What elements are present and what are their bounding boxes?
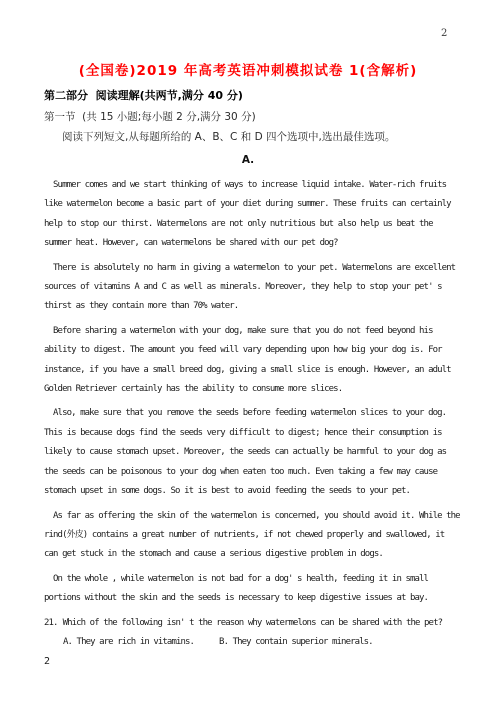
passage-line: can get stuck in the stomach and cause a… — [44, 545, 460, 564]
exam-title: (全国卷)2019 年高考英语冲刺模拟试卷 1(含解析) — [0, 0, 496, 80]
page-number-bottom: 2 — [44, 652, 496, 671]
passage-line: Also, make sure that you remove the seed… — [44, 404, 460, 423]
option-b: B. They contain superior minerals. — [219, 637, 373, 647]
passage-line: likely to cause stomach upset. Moreover,… — [44, 443, 460, 462]
passage-line: stomach upset in some dogs. So it is bes… — [44, 482, 460, 501]
passage-line: rind(外皮) contains a great number of nutr… — [44, 526, 460, 545]
passage-line: As far as offering the skin of the water… — [44, 507, 460, 526]
passage-line: ability to digest. The amount you feed w… — [44, 341, 460, 360]
passage-line: Before sharing a watermelon with your do… — [44, 322, 460, 341]
passage-line: the seeds can be poisonous to your dog w… — [44, 463, 460, 482]
passage-line: There is absolutely no harm in giving a … — [44, 259, 460, 278]
question-text: Which of the following isn' t the reason… — [63, 618, 443, 628]
question-21: 21.Which of the following isn' t the rea… — [44, 614, 460, 633]
document-page: 2 (全国卷)2019 年高考英语冲刺模拟试卷 1(含解析) 第二部分 阅读理解… — [0, 0, 496, 702]
reading-instructions: 阅读下列短文,从每题所给的 A、B、C 和 D 四个选项中,选出最佳选项。 — [62, 130, 496, 145]
passage-line: summer heat. However, can watermelons be… — [44, 234, 460, 253]
subsection-heading: 第一节 (共 15 小题;每小题 2 分,满分 30 分) — [44, 110, 496, 125]
passage-line: like watermelon become a basic part of y… — [44, 195, 460, 214]
passage-line: Golden Retriever certainly has the abili… — [44, 380, 460, 399]
question-number: 21. — [44, 618, 58, 628]
passage-paragraph: Before sharing a watermelon with your do… — [44, 322, 460, 400]
question-21-options: A. They are rich in vitamins.B. They con… — [63, 633, 496, 652]
passage-line: instance, if you have a small breed dog,… — [44, 361, 460, 380]
reading-passage: Summer comes and we start thinking of wa… — [44, 176, 460, 609]
passage-paragraph: Also, make sure that you remove the seed… — [44, 404, 460, 501]
section-heading: 第二部分 阅读理解(共两节,满分 40 分) — [44, 88, 496, 103]
passage-line: On the whole , while watermelon is not b… — [44, 570, 460, 589]
passage-paragraph: Summer comes and we start thinking of wa… — [44, 176, 460, 254]
passage-label: A. — [0, 153, 496, 167]
page-number-top: 2 — [441, 28, 447, 39]
passage-paragraph: On the whole , while watermelon is not b… — [44, 570, 460, 609]
passage-paragraph: As far as offering the skin of the water… — [44, 507, 460, 565]
option-a: A. They are rich in vitamins. — [63, 637, 194, 647]
passage-line: portions without the skin and the seeds … — [44, 589, 460, 608]
passage-line: This is because dogs find the seeds very… — [44, 424, 460, 443]
passage-paragraph: There is absolutely no harm in giving a … — [44, 259, 460, 317]
passage-line: help to stop our thirst. Watermelons are… — [44, 215, 460, 234]
passage-line: sources of vitamins A and C as well as m… — [44, 278, 460, 297]
passage-line: Summer comes and we start thinking of wa… — [44, 176, 460, 195]
passage-line: thirst as they contain more than 70% wat… — [44, 297, 460, 316]
